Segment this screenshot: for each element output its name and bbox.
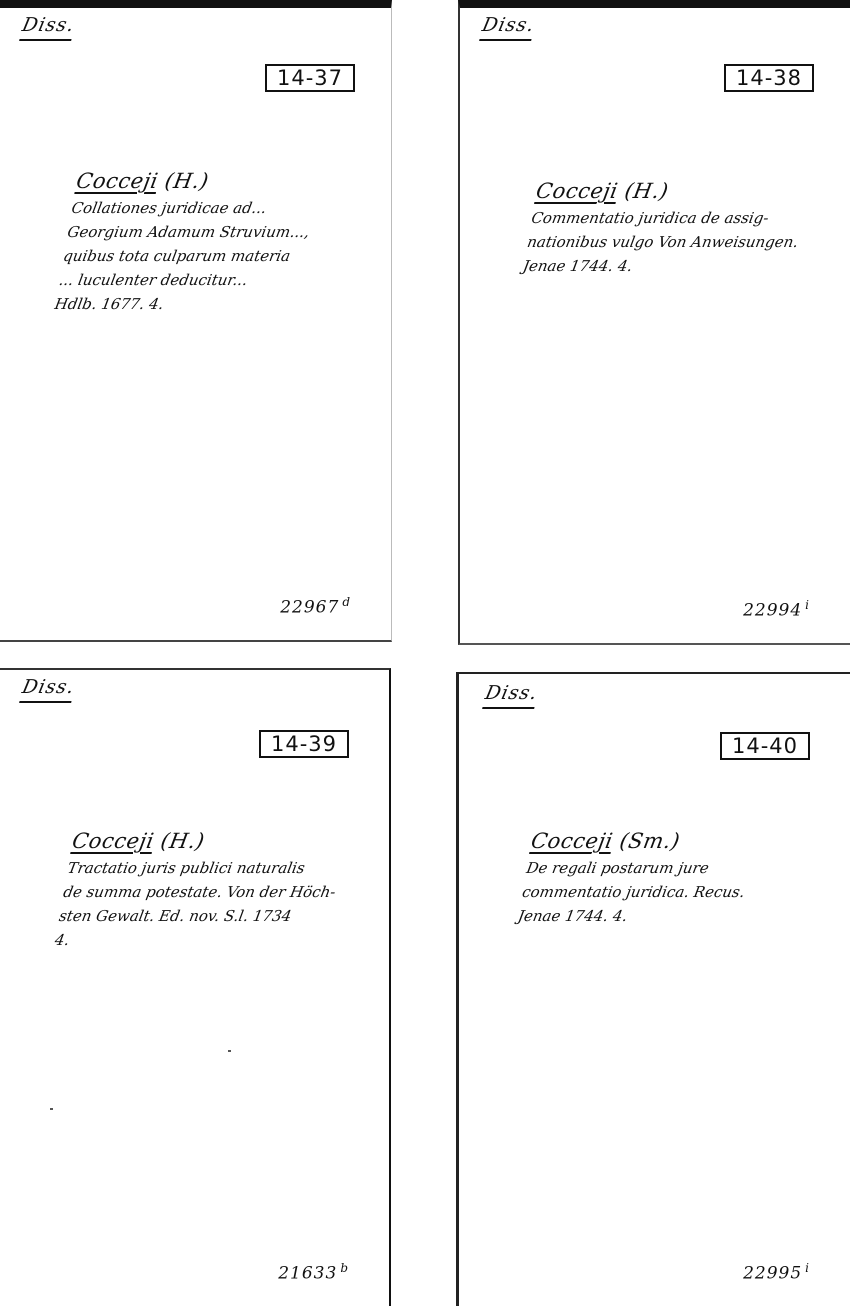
catalog-card-14-40: Diss. 14-40 Cocceji (Sm.) De regali post…	[456, 672, 850, 1306]
accession-suffix: b	[340, 1261, 349, 1275]
author-surname: Cocceji	[70, 829, 156, 853]
author-initial: (H.)	[159, 829, 207, 853]
category-label: Diss.	[19, 14, 77, 41]
entry-line: Jenae 1744. 4.	[521, 254, 796, 278]
entry-line: commentatio juridica. Recus.	[520, 880, 747, 904]
entry-line: ... luculenter deducitur...	[57, 268, 303, 292]
scan-speck	[228, 1050, 231, 1052]
entry-line: 4.	[53, 928, 329, 952]
shelfmark-box: 14-40	[720, 732, 810, 760]
accession-number: 22994i	[743, 598, 810, 621]
author-initial: (H.)	[163, 169, 211, 193]
author-initial: (H.)	[623, 179, 671, 203]
accession-number: 22967d	[280, 595, 351, 618]
entry-line: Jenae 1744. 4.	[516, 904, 743, 928]
scan-speck	[50, 1108, 53, 1110]
entry-line: De regali postarum jure	[524, 856, 751, 880]
accession-number-value: 22967	[280, 598, 339, 618]
accession-suffix: d	[342, 595, 351, 609]
author-surname: Cocceji	[74, 169, 160, 193]
accession-number: 22995i	[743, 1261, 810, 1284]
author-surname: Cocceji	[529, 829, 615, 853]
accession-number-value: 22995	[743, 1264, 802, 1284]
category-label: Diss.	[482, 682, 540, 709]
author-initial: (Sm.)	[618, 829, 682, 853]
entry-line: Collationes juridicae ad...	[70, 196, 316, 220]
shelfmark-box: 14-39	[259, 730, 349, 758]
catalog-card-14-38: Diss. 14-38 Cocceji (H.) Commentatio jur…	[458, 0, 850, 645]
shelfmark-box: 14-37	[265, 64, 355, 92]
author-surname: Cocceji	[534, 179, 620, 203]
shelfmark-box: 14-38	[724, 64, 814, 92]
card-entry: Cocceji (H.) Collationes juridicae ad...…	[53, 166, 321, 316]
entry-line: quibus tota culparum materia	[61, 244, 307, 268]
accession-number-value: 21633	[278, 1264, 337, 1284]
entry-line: Georgium Adamum Struvium...,	[65, 220, 311, 244]
catalog-card-14-39: Diss. 14-39 Cocceji (H.) Tractatio juris…	[0, 668, 391, 1306]
accession-number-value: 22994	[743, 601, 802, 621]
card-entry: Cocceji (Sm.) De regali postarum jure co…	[516, 826, 756, 928]
card-entry: Cocceji (H.) Tractatio juris publici nat…	[53, 826, 347, 952]
card-entry: Cocceji (H.) Commentatio juridica de ass…	[521, 176, 810, 278]
entry-line: sten Gewalt. Ed. nov. S.l. 1734	[57, 904, 333, 928]
accession-suffix: i	[805, 1261, 810, 1275]
author-heading: Cocceji (Sm.)	[529, 826, 757, 856]
author-heading: Cocceji (H.)	[70, 826, 347, 856]
entry-line: nationibus vulgo Von Anweisungen.	[525, 230, 800, 254]
catalog-card-14-37: Diss. 14-37 Cocceji (H.) Collationes jur…	[0, 0, 392, 642]
author-heading: Cocceji (H.)	[74, 166, 321, 196]
entry-line: Commentatio juridica de assig-	[529, 206, 804, 230]
entry-line: Hdlb. 1677. 4.	[53, 292, 299, 316]
author-heading: Cocceji (H.)	[534, 176, 810, 206]
accession-suffix: i	[805, 598, 810, 612]
entry-line: de summa potestate. Von der Höch-	[61, 880, 337, 904]
category-label: Diss.	[479, 14, 537, 41]
entry-line: Tractatio juris publici naturalis	[66, 856, 342, 880]
category-label: Diss.	[19, 676, 77, 703]
accession-number: 21633b	[278, 1261, 349, 1284]
